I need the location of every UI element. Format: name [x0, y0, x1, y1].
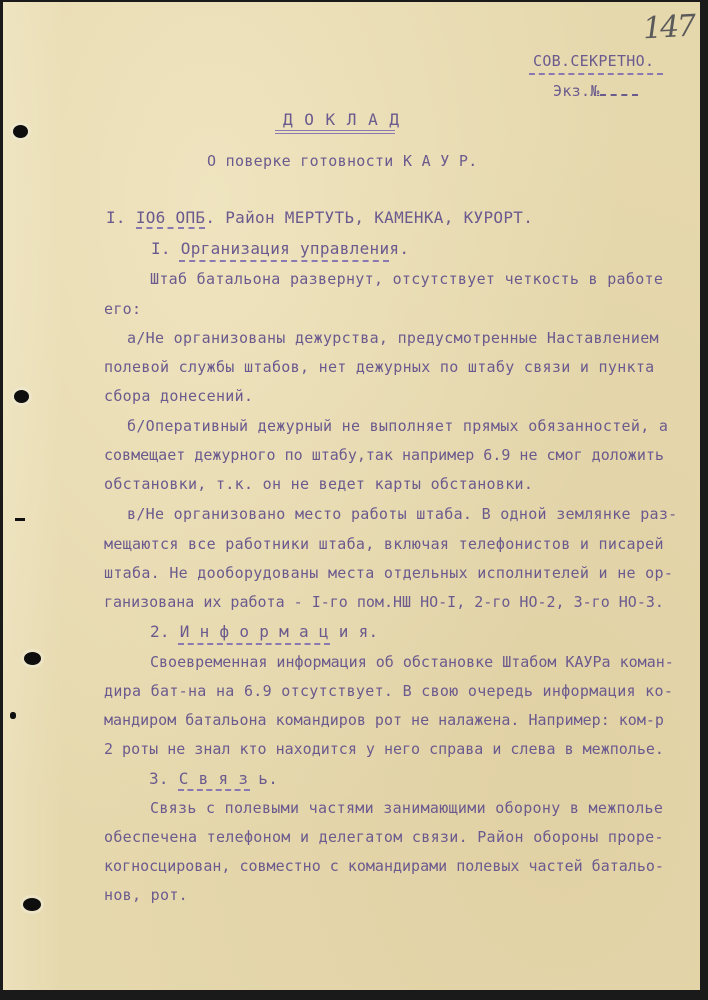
- document-title: Д О К Л А Д: [283, 110, 400, 129]
- paragraph-line: Своевременная информация об обстановке Ш…: [150, 653, 674, 671]
- classification-stamp: СОВ.СЕКРЕТНО.: [533, 52, 654, 70]
- paragraph-line: обеспечена телефоном и делегатом связи. …: [104, 828, 664, 846]
- document-subtitle: О поверке готовности К А У Р.: [207, 152, 478, 170]
- paragraph-line: Связь с полевыми частями занимающими обо…: [150, 799, 663, 817]
- section-location: . Район МЕРТУТЬ, КАМЕНКА, КУРОРТ.: [205, 208, 533, 227]
- paragraph-line: б/Оперативный дежурный не выполняет прям…: [127, 417, 668, 435]
- title-underline: [275, 130, 395, 134]
- paragraph-line: штаба. Не дооборудованы места отдельных …: [104, 564, 673, 582]
- copy-number-label: Экз.№: [553, 82, 638, 100]
- subsection-underline: [178, 643, 330, 645]
- paper-damage-mark: [15, 518, 25, 521]
- document-page: 147 СОВ.СЕКРЕТНО. Экз.№ Д О К Л А Д О по…: [3, 2, 700, 990]
- binder-hole-icon: [24, 652, 41, 665]
- binder-hole-icon: [23, 898, 41, 911]
- paragraph-line: его:: [104, 300, 141, 318]
- paragraph-line: полевой службы штабов, нет дежурных по ш…: [104, 358, 655, 376]
- copy-number-blank: [600, 82, 638, 96]
- paragraph-line: обстановки, т.к. он не ведет карты обста…: [104, 475, 533, 493]
- classification-underline: [529, 73, 663, 75]
- subsection-heading-communication: 3. С в я з ь.: [149, 769, 278, 788]
- subsection-underline: [179, 260, 389, 262]
- paragraph-line: сбора донесений.: [104, 387, 253, 405]
- section-heading: I. IO6 ОПБ. Район МЕРТУТЬ, КАМЕНКА, КУРО…: [106, 208, 533, 227]
- copy-label-text: Экз.№: [553, 82, 600, 100]
- paragraph-line: когносцирован, совместно с командирами п…: [104, 857, 664, 875]
- paragraph-line: мещаются все работники штаба, включая те…: [104, 535, 664, 553]
- subsection-heading-organization: I. Организация управления.: [151, 239, 409, 258]
- paragraph-line: Штаб батальона развернут, отсутствует че…: [150, 270, 663, 288]
- paragraph-line: ганизована их работа - I-го пом.НШ НО-I,…: [104, 593, 664, 611]
- paragraph-line: дира бат-на на 6.9 отсутствует. В свою о…: [104, 682, 673, 700]
- paragraph-line: в/Не организовано место работы штаба. В …: [127, 505, 678, 523]
- subsection-underline: [178, 789, 250, 791]
- paper-damage-mark: [10, 712, 16, 719]
- unit-name: IO6 ОПБ: [136, 208, 206, 229]
- subsection-heading-information: 2. И н ф о р м а ц и я.: [150, 622, 378, 641]
- binder-hole-icon: [13, 125, 28, 138]
- paragraph-line: совмещает дежурного по штабу,так наприме…: [104, 446, 664, 464]
- paragraph-line: нов, рот.: [104, 886, 188, 904]
- folio-number: 147: [642, 9, 695, 47]
- paragraph-line: 2 роты не знал кто находится у него спра…: [104, 740, 664, 758]
- section-number: I.: [106, 208, 126, 227]
- paragraph-line: мандиром батальона командиров рот не нал…: [104, 711, 664, 729]
- binder-hole-icon: [14, 390, 29, 403]
- paragraph-line: а/Не организованы дежурства, предусмотре…: [127, 329, 659, 347]
